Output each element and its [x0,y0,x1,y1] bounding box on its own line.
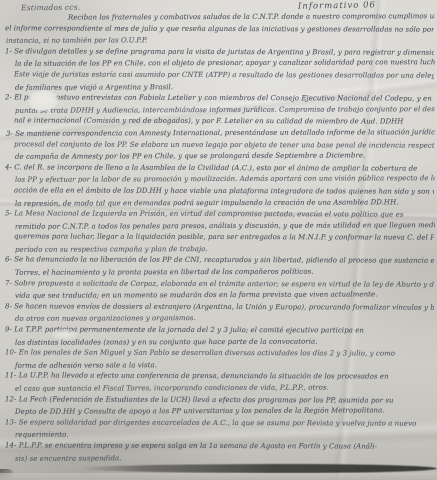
handwritten-line: el caso que sustancia el Fiscal Torres, … [6,382,435,395]
handwritten-line: Reciban los fraternales y combativos sal… [6,11,435,24]
scanned-handwritten-page: Estimados ccs. Informativo 06 Reciban lo… [0,0,437,480]
handwritten-line: Este viaje de juristas estaría casi asum… [5,69,434,82]
handwritten-lines: Reciban los fraternales y combativos sal… [5,12,434,464]
handwritten-line: 3- Se mantiene correspondencia con Amnes… [6,127,435,140]
handwritten-line: sis) se encuentra suspendida. [6,452,435,465]
scan-shadow-band [78,464,437,473]
bottom-edge-fade [0,473,437,480]
correction-fluid-mark [28,90,58,111]
salutation-text: Estimados ccs. [21,3,80,13]
handwritten-line: 14- P.L.P.P. se encuentra impreso y se e… [5,440,434,453]
document-number: Informativo 06 [298,0,376,11]
handwritten-line: 5- La Mesa Nacional de Izquierda en Pris… [5,208,434,221]
erased-word-mark [52,329,78,340]
handwritten-line: Torres, el hacinamiento y la pronta pues… [6,266,435,279]
handwritten-line: acción de ella en el ámbito de los DD.HH… [5,185,434,198]
